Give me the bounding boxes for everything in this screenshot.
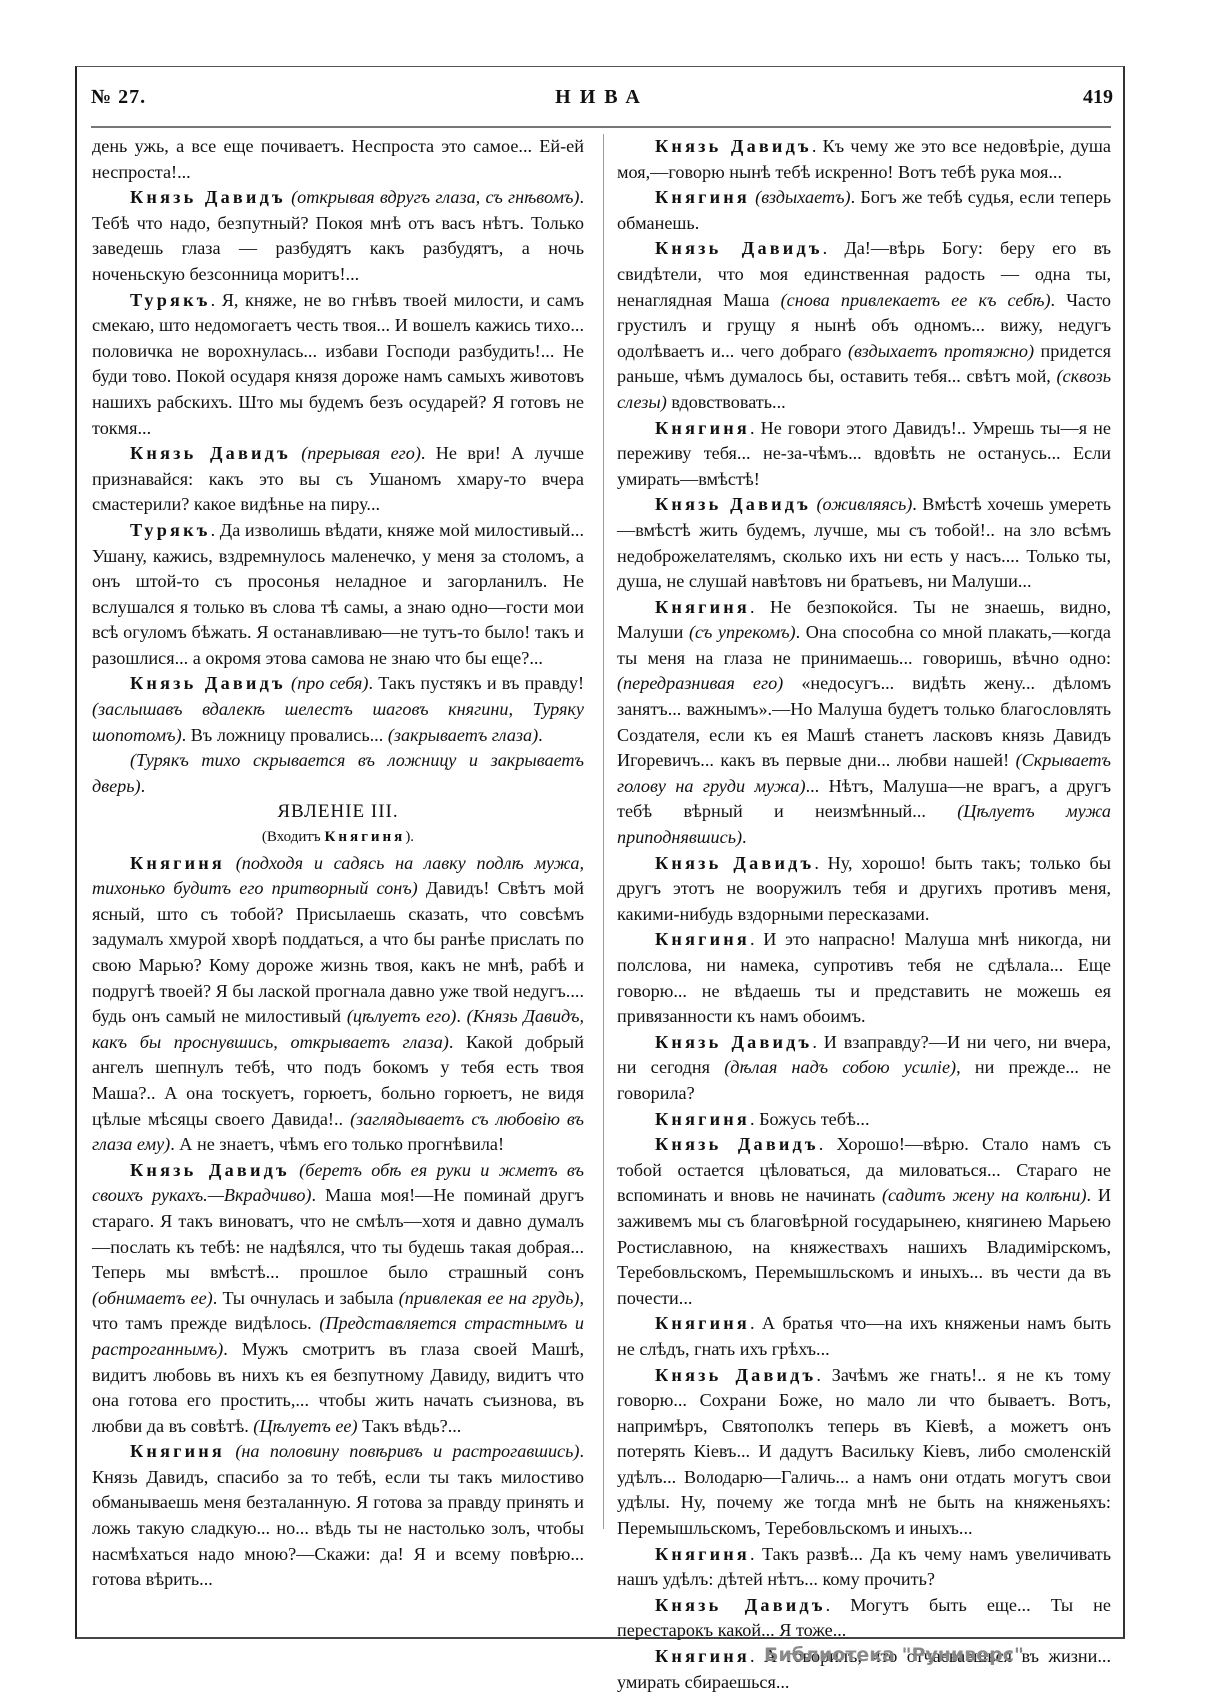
dialogue-text: . Да изволишь вѣдати, княже мой милостив… — [92, 520, 584, 668]
dialogue-text: . Въ ложницу провались... — [182, 725, 388, 745]
right-column: Князь Давидъ. Къ чему же это все недовѣр… — [617, 134, 1111, 1695]
paragraph: Князь Давидъ. Къ чему же это все недовѣр… — [617, 134, 1111, 185]
dialogue-text: . — [456, 1006, 466, 1026]
speaker-name: Князь Давидъ — [655, 136, 812, 156]
speaker-name: Князь Давидъ — [655, 494, 811, 514]
header-rule — [91, 126, 1111, 128]
scene-subtitle: (Входитъ Княгиня). — [92, 825, 584, 851]
stage-direction: (вздыхаетъ) — [750, 187, 851, 207]
paragraph: Князь Давидъ. И взаправду?—И ни чего, ни… — [617, 1030, 1111, 1107]
stage-direction: (дѣлая надъ собою усиліе) — [724, 1057, 956, 1077]
scene-title: ЯВЛЕНІЕ III. — [92, 799, 584, 825]
dialogue-text: . — [538, 725, 543, 745]
speaker-name: Князь Давидъ — [655, 853, 814, 873]
speaker-name: Княгиня — [655, 929, 750, 949]
speaker-name: Князь Давидъ — [130, 443, 291, 463]
stage-direction: (передразнивая его) — [617, 673, 783, 693]
speaker-name: Турякъ — [130, 520, 211, 540]
paragraph: Князь Давидъ. Хорошо!—вѣрю. Стало намъ с… — [617, 1132, 1111, 1311]
column-divider — [603, 134, 604, 1529]
stage-direction: (снова привлекаетъ ее къ себѣ) — [781, 290, 1051, 310]
speaker-name: Княгиня — [324, 829, 405, 845]
paragraph: Княгиня. Такъ развѣ... Да къ чему намъ у… — [617, 1542, 1111, 1593]
paragraph: Княгиня. Не говори этого Давидъ!.. Умреш… — [617, 416, 1111, 493]
paragraph: Князь Давидъ (оживляясь). Вмѣстѣ хочешь … — [617, 492, 1111, 594]
speaker-name: Княгиня — [655, 1646, 750, 1666]
dialogue-text: . — [742, 827, 747, 847]
paragraph: Князь Давидъ. Ну, хорошо! быть такъ; тол… — [617, 851, 1111, 928]
speaker-name: Княгиня — [655, 1544, 750, 1564]
stage-direction: (съ упрекомъ) — [689, 622, 796, 642]
speaker-name: Князь Давидъ — [655, 238, 823, 258]
speaker-name: Князь Давидъ — [655, 1032, 812, 1052]
speaker-name: Княгиня — [130, 1441, 225, 1461]
paragraph: Княгиня. И это напрасно! Малуша мнѣ нико… — [617, 927, 1111, 1029]
dialogue-text: . Зачѣмъ же гнать!.. я не къ тому говорю… — [617, 1365, 1111, 1539]
stage-direction: (закрываетъ глаза) — [388, 725, 538, 745]
paragraph: Князь Давидъ (про себя). Такъ пустякъ и … — [92, 671, 584, 748]
speaker-name: Княгиня — [655, 597, 750, 617]
speaker-name: Княгиня — [655, 418, 750, 438]
speaker-name: Князь Давидъ — [130, 1160, 290, 1180]
dialogue-text: . Князь Давидъ, спасибо за то тебѣ, если… — [92, 1441, 584, 1589]
library-watermark: Библиотека "Руниверс" — [764, 1644, 1024, 1666]
paragraph: Княгиня. А братья что—на ихъ княженьи на… — [617, 1311, 1111, 1362]
dialogue-text: . Такъ пустякъ и въ правду! — [368, 673, 584, 693]
page-number: 419 — [1083, 86, 1113, 109]
paragraph: Князь Давидъ (беретъ обѣ ея руки и жметъ… — [92, 1158, 584, 1440]
speaker-name: Князь Давидъ — [655, 1365, 816, 1385]
speaker-name: Княгиня — [655, 1313, 750, 1333]
dialogue-text: . Божусь тебѣ... — [750, 1109, 870, 1129]
paragraph: Княгиня. Не безпокойся. Ты не знаешь, ви… — [617, 595, 1111, 851]
stage-direction: (обнимаетъ ее) — [92, 1288, 213, 1308]
stage-direction: (садитъ жену на колѣни) — [882, 1185, 1087, 1205]
stage-direction: (Турякъ тихо скрывается въ ложницу и зак… — [92, 750, 584, 796]
paragraph: Князь Давидъ. Да!—вѣрь Богу: беру его въ… — [617, 236, 1111, 415]
text: ). — [405, 829, 414, 845]
speaker-name: Князь Давидъ — [655, 1134, 819, 1154]
speaker-name: Князь Давидъ — [130, 187, 286, 207]
paragraph: Княгиня (подходя и садясь на лавку подлѣ… — [92, 851, 584, 1158]
text: день ужь, а все еще почиваетъ. Неспроста… — [92, 136, 584, 182]
paragraph: Княгиня (на половину повѣривъ и растрога… — [92, 1439, 584, 1593]
dialogue-text: вдовствовать... — [667, 392, 786, 412]
paragraph: Княгиня (вздыхаетъ). Богъ же тебѣ судья,… — [617, 185, 1111, 236]
stage-direction: (Цѣлуетъ ее) — [253, 1416, 357, 1436]
paragraph: день ужь, а все еще почиваетъ. Неспроста… — [92, 134, 584, 185]
paragraph: Турякъ. Да изволишь вѣдати, княже мой ми… — [92, 518, 584, 672]
speaker-name: Князь Давидъ — [130, 673, 286, 693]
stage-direction: (цѣлуетъ его) — [347, 1006, 457, 1026]
paragraph: Турякъ. Я, княже, не во гнѣвъ твоей мило… — [92, 288, 584, 442]
speaker-name: Князь Давидъ — [655, 1595, 826, 1615]
stage-direction: (вздыхаетъ протяжно) — [848, 341, 1034, 361]
speaker-name: Княгиня — [655, 187, 750, 207]
paragraph: Княгиня. Божусь тебѣ... — [617, 1107, 1111, 1133]
stage-direction: (оживляясь) — [811, 494, 912, 514]
journal-title: НИВА — [91, 86, 1113, 109]
page-header: № 27. НИВА 419 — [91, 86, 1113, 114]
paragraph: (Турякъ тихо скрывается въ ложницу и зак… — [92, 748, 584, 799]
stage-direction: (на половину повѣривъ и растрогавшись) — [225, 1441, 579, 1461]
paragraph: Князь Давидъ (открывая вдругъ глаза, съ … — [92, 185, 584, 287]
stage-direction: (прерывая его) — [301, 443, 421, 463]
paragraph: Князь Давидъ. Зачѣмъ же гнать!.. я не къ… — [617, 1363, 1111, 1542]
stage-direction: (привлекая ее на грудь) — [399, 1288, 580, 1308]
dialogue-text: . А не знаетъ, чѣмъ его только прогнѣвил… — [170, 1134, 504, 1154]
dialogue-text: . — [141, 776, 146, 796]
stage-direction: (про себя) — [291, 673, 368, 693]
speaker-name: Княгиня — [655, 1109, 750, 1129]
dialogue-text: . Ты очнулась и забыла — [213, 1288, 399, 1308]
speaker-name: Турякъ — [130, 290, 211, 310]
stage-direction: (открывая вдругъ глаза, съ гнѣвомъ) — [291, 187, 579, 207]
speaker-name: Княгиня — [130, 853, 225, 873]
dialogue-text: . Я, княже, не во гнѣвъ твоей милости, и… — [92, 290, 584, 438]
dialogue-text: Давидъ! Свѣтъ мой ясный, што съ тобой? П… — [92, 878, 584, 1026]
paragraph: Князь Давидъ. Могутъ быть еще... Ты не п… — [617, 1593, 1111, 1644]
paragraph: Князь Давидъ (прерывая его). Не ври! А л… — [92, 441, 584, 518]
text: (Входитъ — [262, 829, 325, 845]
left-column: день ужь, а все еще почиваетъ. Неспроста… — [92, 134, 584, 1593]
dialogue-text: Такъ вѣдь?... — [358, 1416, 462, 1436]
